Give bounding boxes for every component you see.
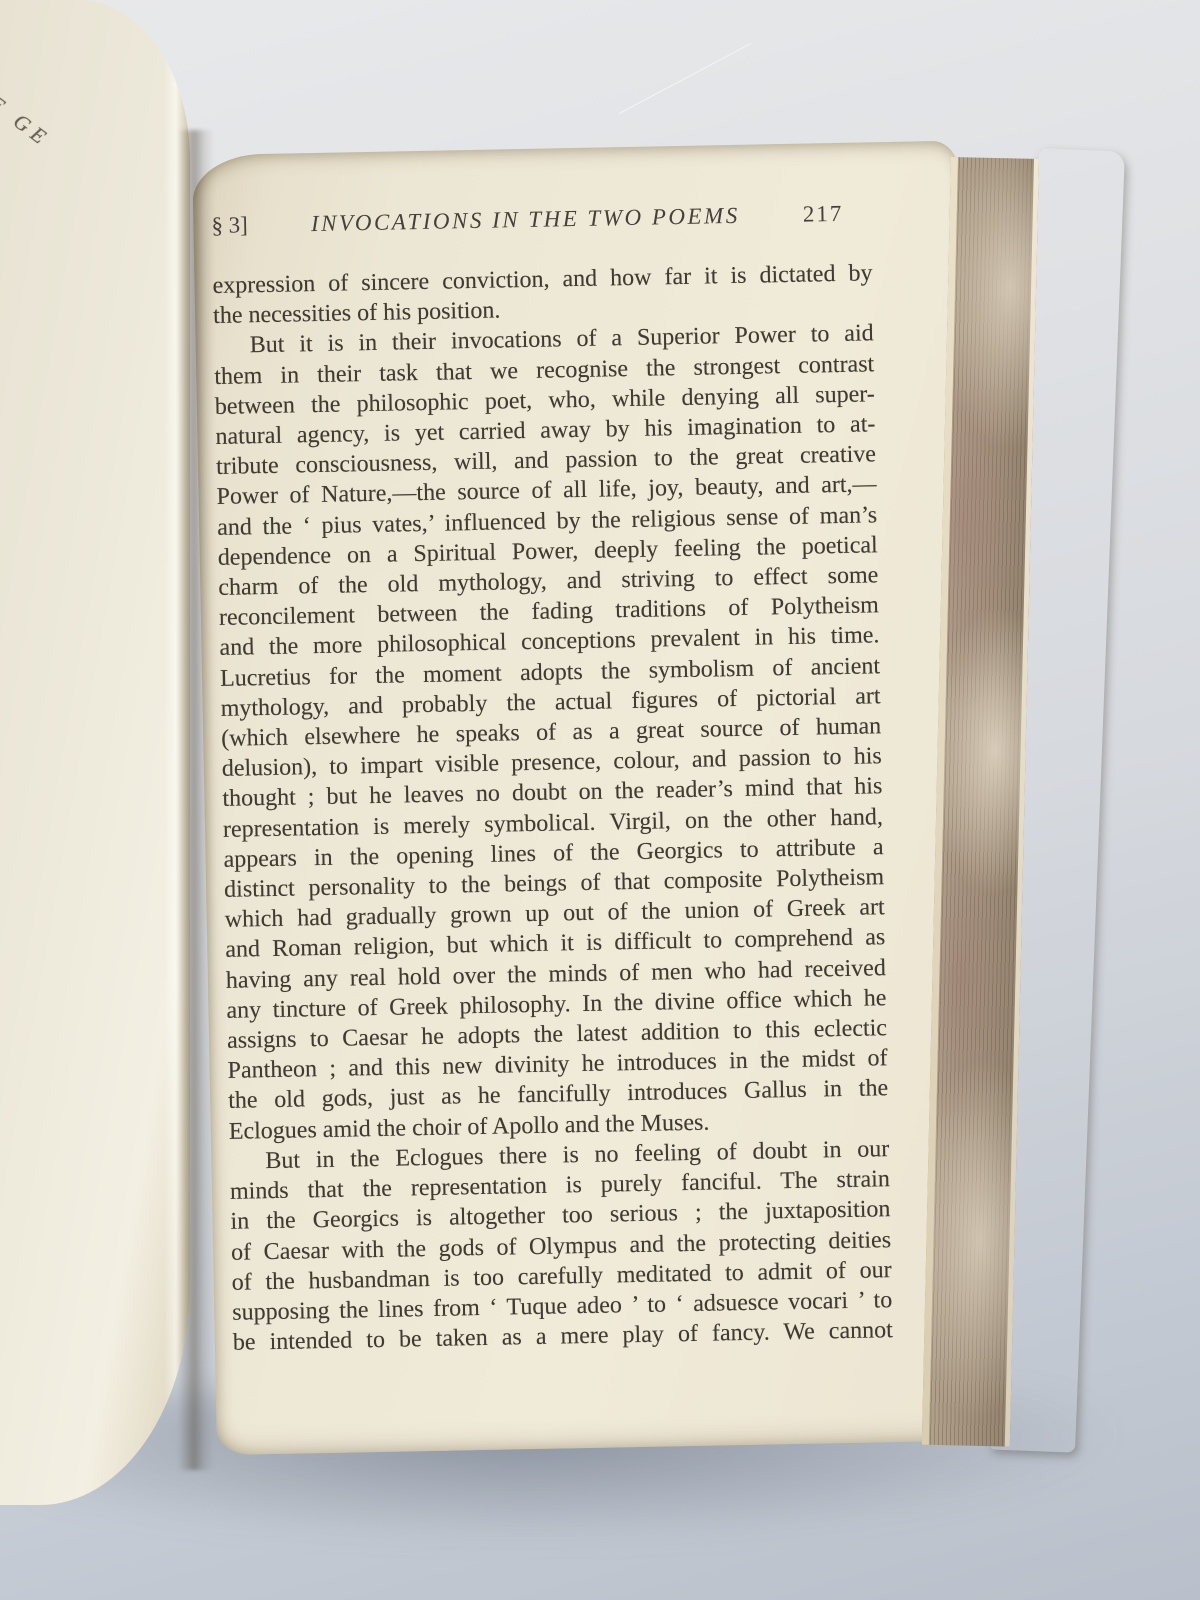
right-page: § 3] INVOCATIONS IN THE TWO POEMS 217 ex… <box>192 141 983 1455</box>
background-scratch <box>619 43 752 114</box>
spine-gutter-shadow <box>178 130 214 1470</box>
section-marker: § 3] <box>211 212 248 239</box>
left-page: STRUCTURE OF THE GEand of the times in w… <box>0 0 190 1505</box>
right-page-text: expression of sincere conviction, and ho… <box>212 258 893 1358</box>
right-page-content: § 3] INVOCATIONS IN THE TWO POEMS 217 ex… <box>211 200 893 1358</box>
page-number: 217 <box>803 201 844 228</box>
running-title: INVOCATIONS IN THE TWO POEMS <box>248 202 803 239</box>
running-head: § 3] INVOCATIONS IN THE TWO POEMS 217 <box>211 200 871 239</box>
left-page-text: STRUCTURE OF THE GEand of the times in w… <box>0 0 190 1397</box>
open-book-photo: STRUCTURE OF THE GEand of the times in w… <box>0 0 1200 1600</box>
